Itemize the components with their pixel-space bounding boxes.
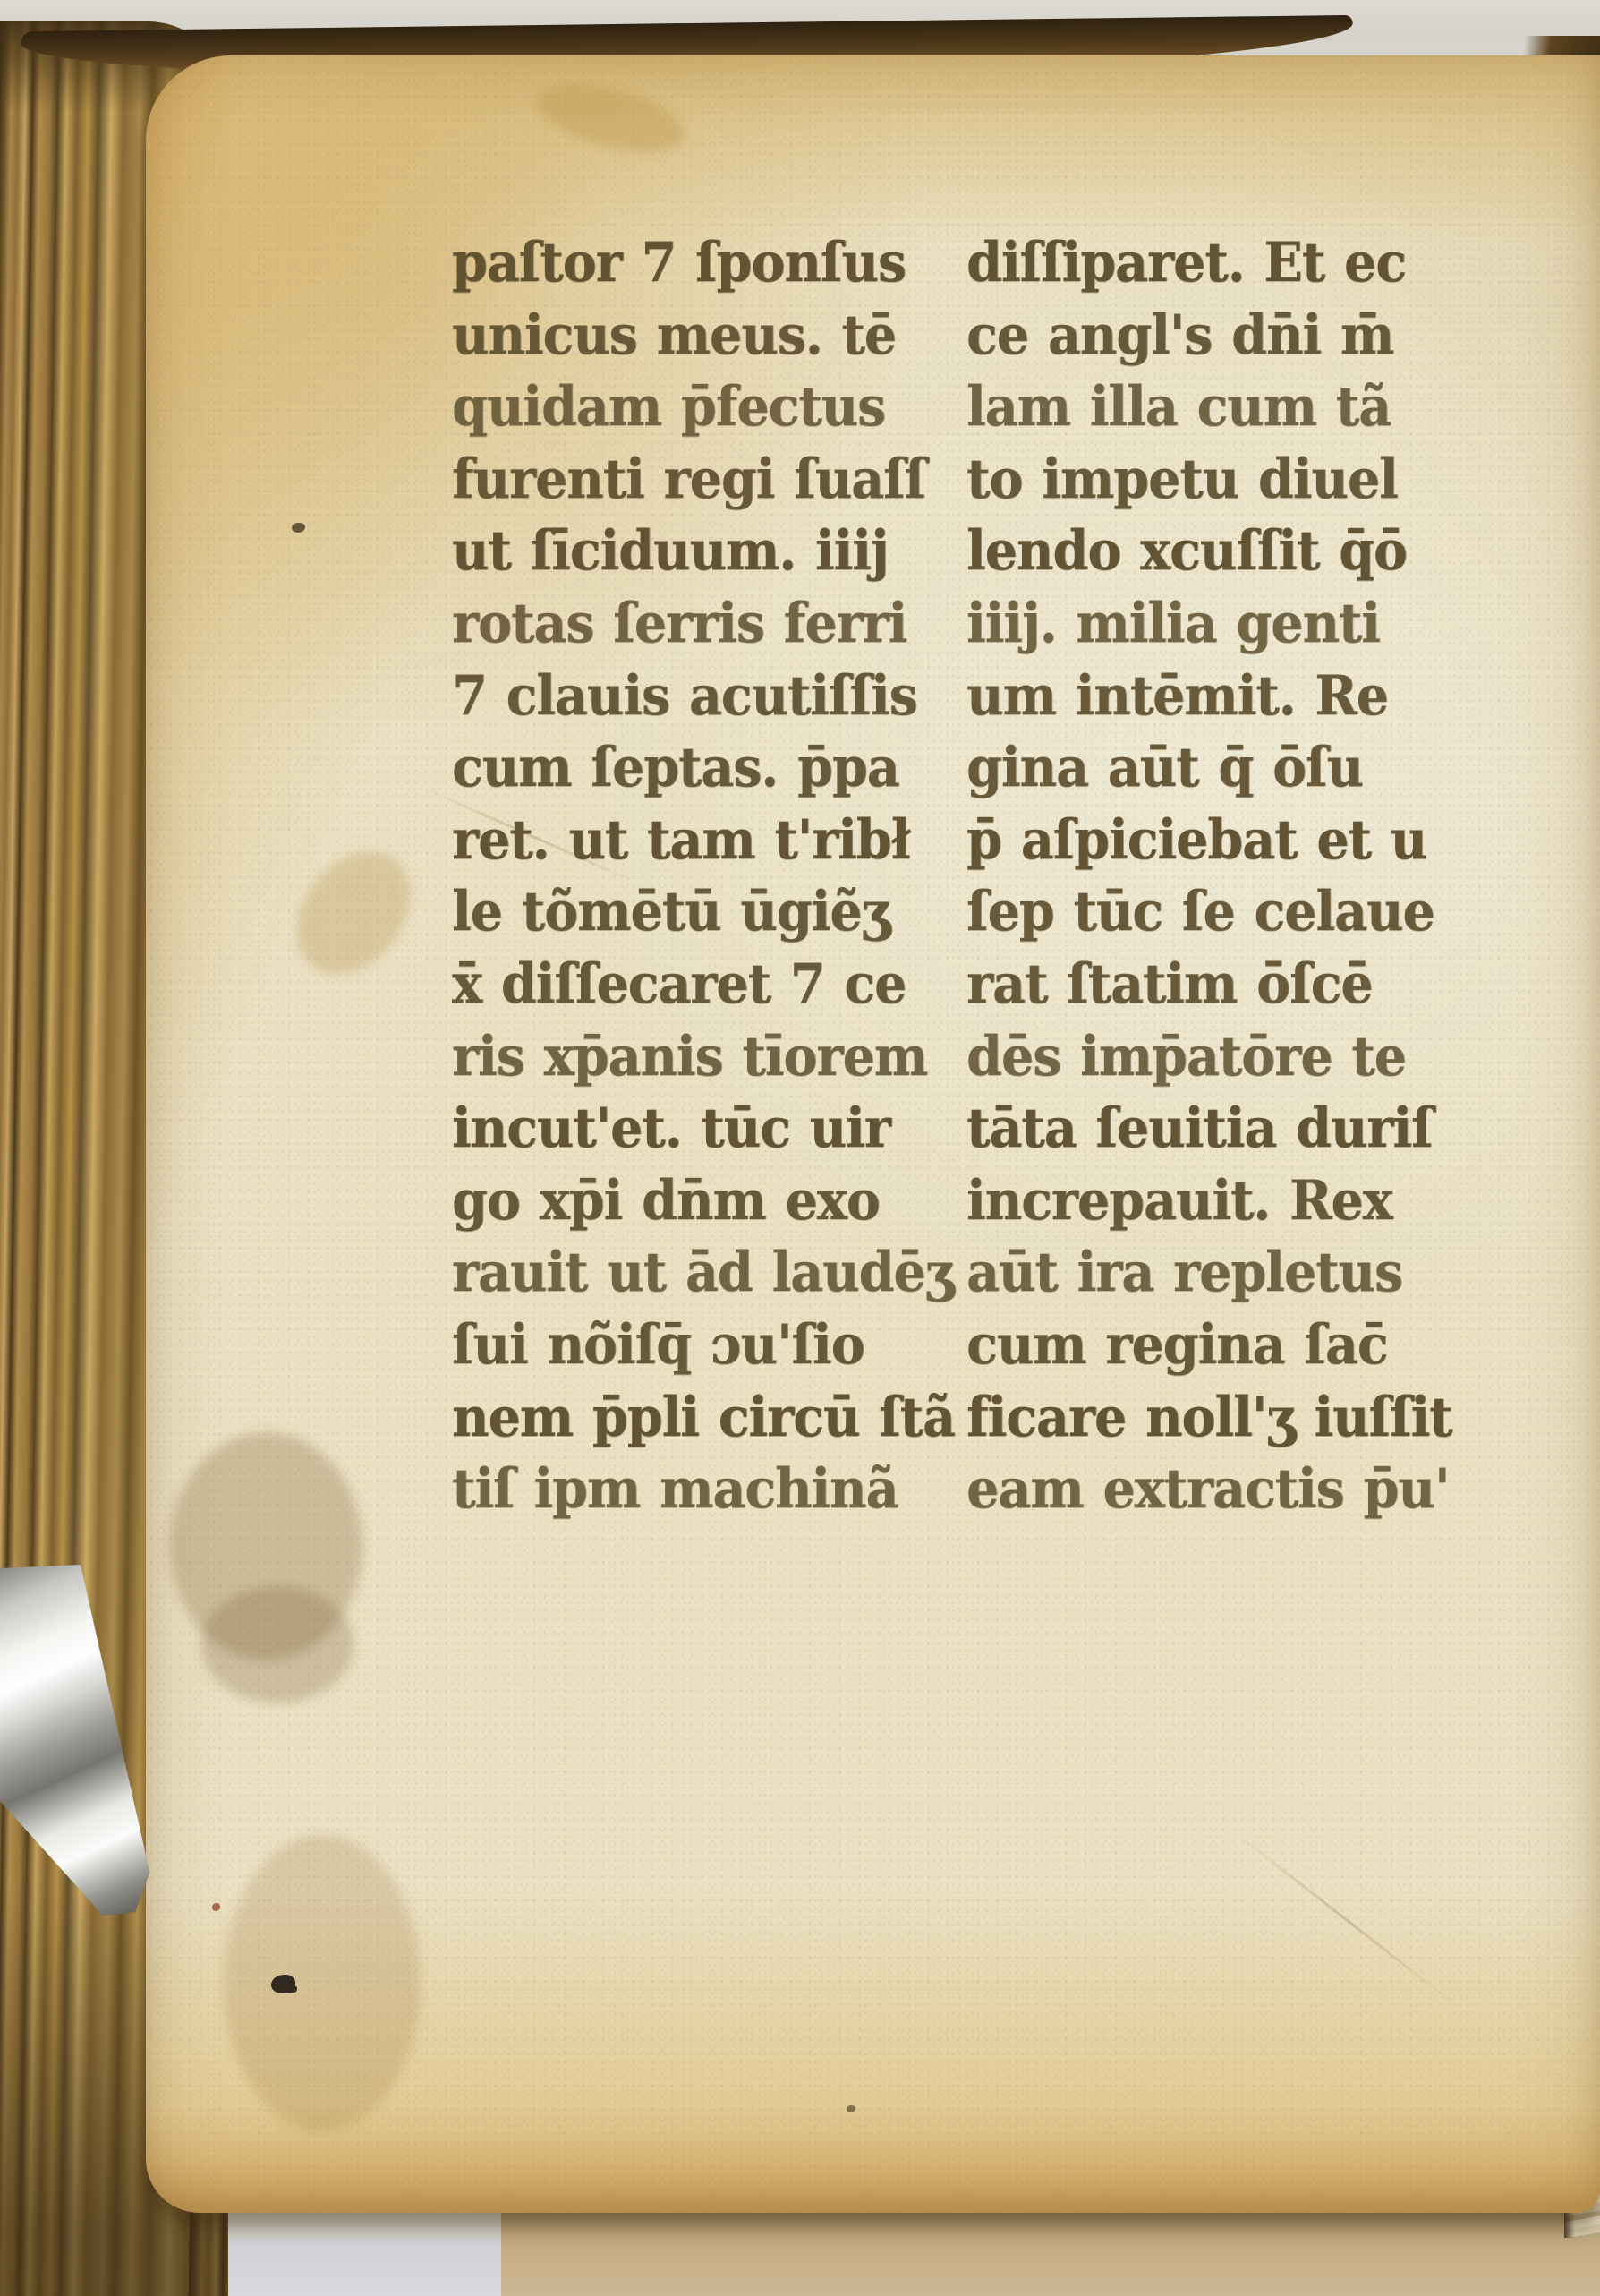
manuscript-text-line: paſtor 7 ſponſus xyxy=(452,226,940,302)
manuscript-text-line: rat ſtatim ōſcē xyxy=(966,947,1503,1023)
manuscript-text-line: aūt ira repletus xyxy=(966,1235,1503,1311)
manuscript-text-line: incut'et. tūc uir xyxy=(452,1091,940,1167)
manuscript-text-line: quidam p̄fectus xyxy=(452,370,940,446)
manuscript-text-line: le tõmētū ūgiẽʒ xyxy=(452,875,940,951)
manuscript-text-line: increpauit. Rex xyxy=(966,1163,1503,1239)
manuscript-text-line: lendo xcuſſit q̄ō xyxy=(966,514,1503,590)
book-cover-edge xyxy=(501,2198,1600,2296)
manuscript-text-line: tāta ſeuitia duriſ xyxy=(966,1091,1503,1167)
text-column-left: paſtor 7 ſponſusunicus meus. tēquidam p̄… xyxy=(452,227,940,1526)
text-column-right: diſſiparet. Et ecce angl's dn̄i m̄lam il… xyxy=(966,227,1503,1526)
manuscript-text-line: ſui nõiſq̄ ɔu'ſio xyxy=(452,1307,940,1383)
manuscript-text-line: ris xp̄anis tīorem xyxy=(452,1019,940,1095)
manuscript-text-line: lam illa cum tã xyxy=(966,370,1503,446)
manuscript-text-line: ficare noll'ʒ iuſſit xyxy=(966,1379,1503,1455)
manuscript-text-line: tiſ ipm machinã xyxy=(452,1452,940,1528)
manuscript-text-line: to impetu diuel xyxy=(966,441,1503,517)
manuscript-text-line: nem p̄pli circū ſtã xyxy=(452,1379,940,1455)
manuscript-text-line: rauit ut ād laudēʒ xyxy=(452,1235,940,1311)
manuscript-text-line: iiij. milia genti xyxy=(966,586,1503,662)
manuscript-text-line: ſep tūc ſe celaue xyxy=(966,875,1503,951)
ink-blot xyxy=(271,1975,295,1993)
manuscript-text-line: ce angl's dn̄i m̄ xyxy=(966,297,1503,373)
parchment-crease xyxy=(1231,1830,1459,2008)
manuscript-text-line: diſſiparet. Et ec xyxy=(966,226,1503,302)
manuscript-photo: paſtor 7 ſponſusunicus meus. tēquidam p̄… xyxy=(0,0,1600,2296)
manuscript-text-line: dēs imp̄atōre te xyxy=(966,1019,1503,1095)
manuscript-text-line: ut ſīciduum. iiij xyxy=(452,514,940,590)
manuscript-text-line: rotas ſerris ferri xyxy=(452,586,940,662)
manuscript-text-line: unicus meus. tē xyxy=(452,297,940,373)
manuscript-text-line: gina aūt q̄ ōſu xyxy=(966,730,1503,807)
stain xyxy=(224,1835,421,2130)
manuscript-text-line: cum ſeptas. p̄pa xyxy=(452,730,940,807)
manuscript-text-line: go xp̄i dn̄m exo xyxy=(452,1163,940,1239)
manuscript-text-line: x̄ diſſecaret 7 ce xyxy=(452,947,940,1023)
manuscript-text-line: ret. ut tam t'ribł xyxy=(452,802,940,878)
manuscript-text-line: cum regina ſac̄ xyxy=(966,1307,1503,1383)
manuscript-text-line: eam extractis p̄u' xyxy=(966,1452,1503,1528)
stain xyxy=(201,1586,353,1703)
manuscript-text-line: 7 clauis acutiſſis xyxy=(452,658,940,734)
manuscript-text-line: p̄ aſpiciebat et u xyxy=(966,802,1503,878)
manuscript-text-line: um intēmit. Re xyxy=(966,658,1503,734)
manuscript-text-line: furenti regi ſuaſſ xyxy=(452,441,940,517)
